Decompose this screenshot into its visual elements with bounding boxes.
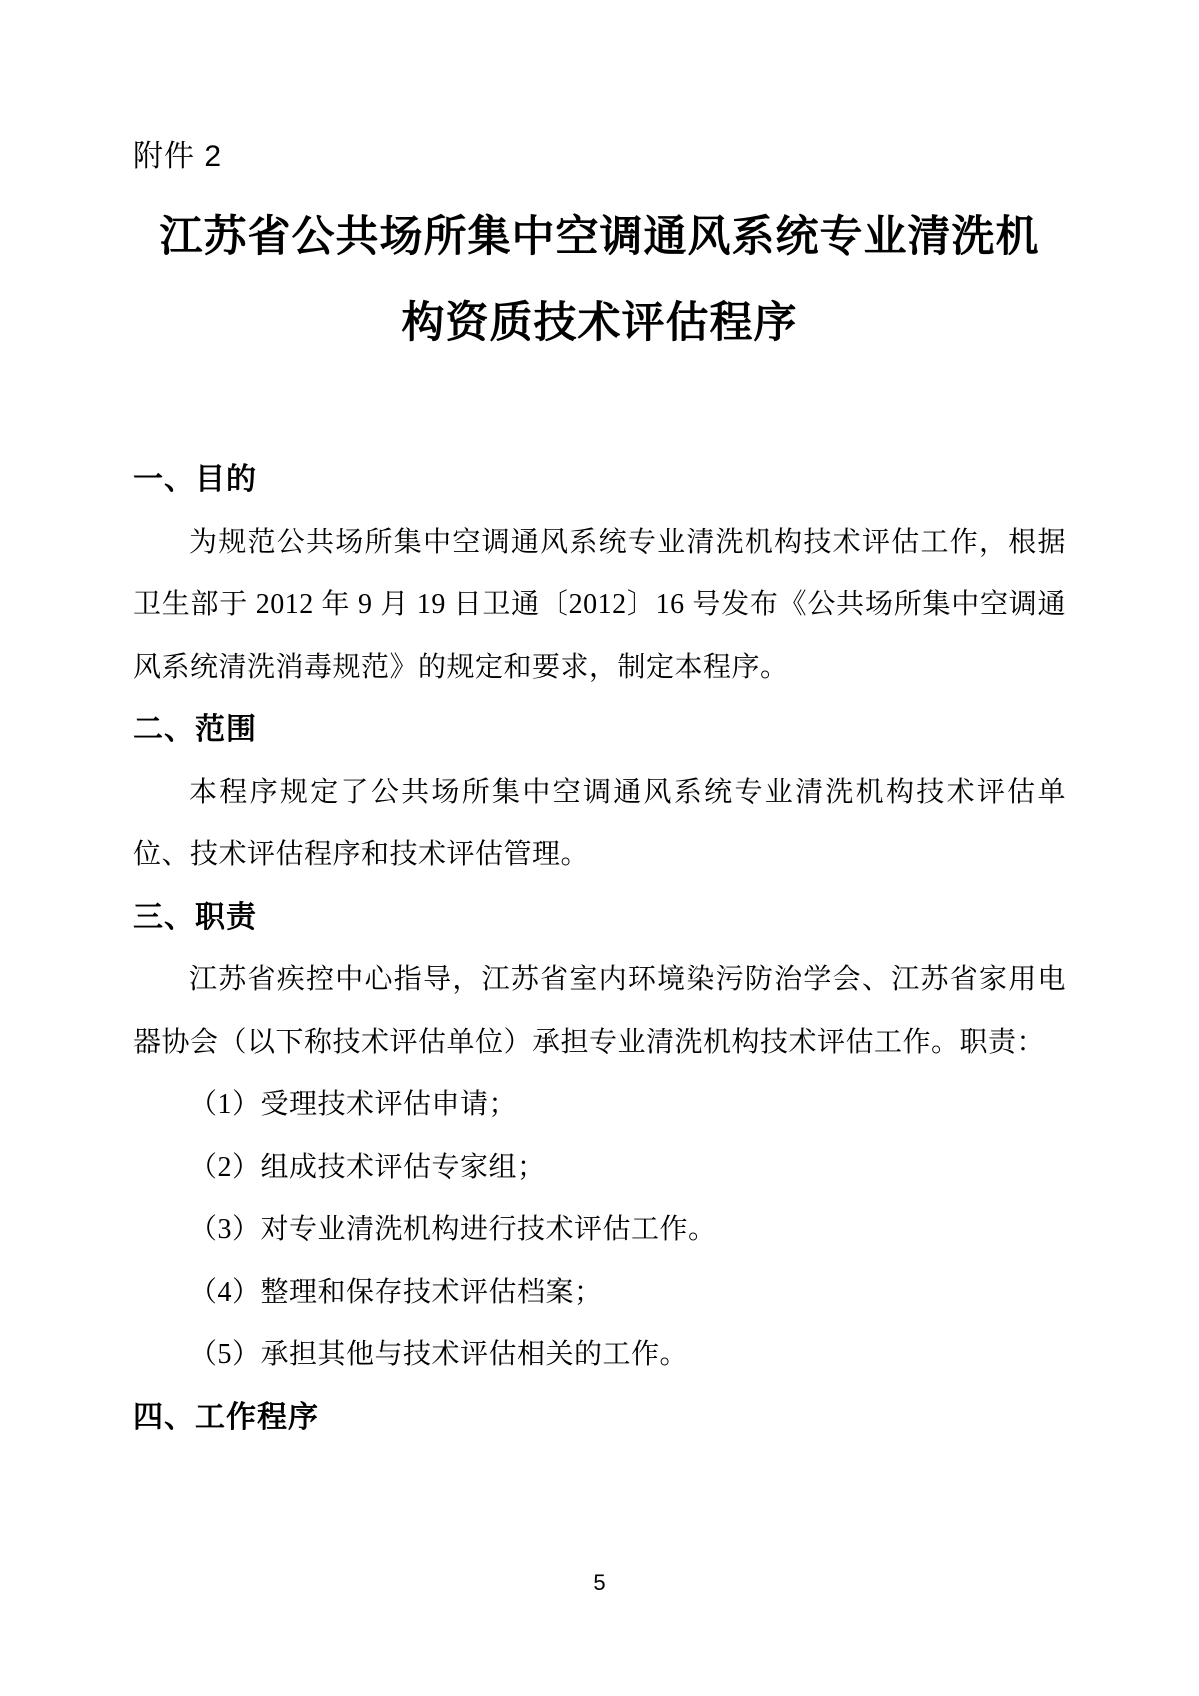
- document-body: 一、目的 为规范公共场所集中空调通风系统专业清洗机构技术评估工作，根据卫生部于 …: [133, 449, 1066, 1449]
- paragraph-scope: 本程序规定了公共场所集中空调通风系统专业清洗机构技术评估单位、技术评估程序和技术…: [133, 762, 1066, 887]
- list-item-1: （1）受理技术评估申请；: [133, 1074, 1066, 1137]
- list-item-4: （4）整理和保存技术评估档案；: [133, 1262, 1066, 1325]
- section-heading-work-procedure: 四、工作程序: [133, 1387, 1066, 1450]
- responsibility-list: （1）受理技术评估申请； （2）组成技术评估专家组； （3）对专业清洗机构进行技…: [133, 1074, 1066, 1387]
- paragraph-responsibilities: 江苏省疾控中心指导，江苏省室内环境染污防治学会、江苏省家用电器协会（以下称技术评…: [133, 949, 1066, 1074]
- page-number: 5: [0, 1568, 1199, 1598]
- document-title-line-1: 江苏省公共场所集中空调通风系统专业清洗机: [133, 195, 1066, 281]
- section-heading-purpose: 一、目的: [133, 449, 1066, 512]
- document-title: 江苏省公共场所集中空调通风系统专业清洗机 构资质技术评估程序: [133, 195, 1066, 367]
- section-heading-scope: 二、范围: [133, 699, 1066, 762]
- list-item-3: （3）对专业清洗机构进行技术评估工作。: [133, 1199, 1066, 1262]
- document-content: 附件 2 江苏省公共场所集中空调通风系统专业清洗机 构资质技术评估程序 一、目的…: [0, 0, 1199, 1449]
- section-heading-responsibilities: 三、职责: [133, 887, 1066, 950]
- list-item-5: （5）承担其他与技术评估相关的工作。: [133, 1324, 1066, 1387]
- paragraph-purpose: 为规范公共场所集中空调通风系统专业清洗机构技术评估工作，根据卫生部于 2012 …: [133, 512, 1066, 700]
- list-item-2: （2）组成技术评估专家组；: [133, 1137, 1066, 1200]
- document-title-line-2: 构资质技术评估程序: [133, 281, 1066, 367]
- attachment-label: 附件 2: [133, 138, 1066, 176]
- document-page: 附件 2 江苏省公共场所集中空调通风系统专业清洗机 构资质技术评估程序 一、目的…: [0, 0, 1199, 1696]
